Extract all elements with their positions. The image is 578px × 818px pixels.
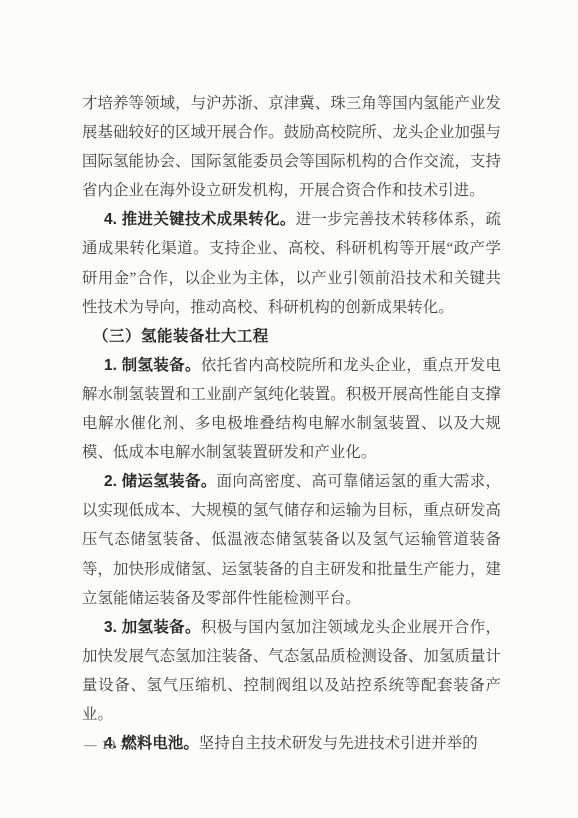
paragraph-tech-transfer: 4. 推进关键技术成果转化。进一步完善技术转移体系，疏通成果转化渠道。支持企业、… xyxy=(82,205,501,321)
paragraph-storage-transport-equipment: 2. 储运氢装备。面向高密度、高可靠储运氢的重大需求，以实现低成本、大规模的氢气… xyxy=(82,467,501,612)
paragraph-text: 才培养等领域，与沪苏浙、京津冀、珠三角等国内氢能产业发展基础较好的区域开展合作。… xyxy=(82,95,501,199)
page-number: — 10 — xyxy=(84,738,134,753)
paragraph-bold-lead: 3. 加氢装备。 xyxy=(104,619,201,636)
text-block: 才培养等领域，与沪苏浙、京津冀、珠三角等国内氢能产业发展基础较好的区域开展合作。… xyxy=(82,89,501,758)
section-heading-text: （三）氢能装备壮大工程 xyxy=(93,328,269,345)
paragraph-bold-lead: 4. 推进关键技术成果转化。 xyxy=(104,211,296,228)
paragraph-bold-lead: 2. 储运氢装备。 xyxy=(104,473,217,490)
section-heading-equipment-project: （三）氢能装备壮大工程 xyxy=(82,322,501,351)
paragraph-continuation: 才培养等领域，与沪苏浙、京津冀、珠三角等国内氢能产业发展基础较好的区域开展合作。… xyxy=(82,89,501,205)
paragraph-bold-lead: 1. 制氢装备。 xyxy=(104,357,201,374)
paragraph-fuel-cell: 4. 燃料电池。坚持自主技术研发与先进技术引进并举的 xyxy=(82,729,501,758)
paragraph-text: 坚持自主技术研发与先进技术引进并举的 xyxy=(199,735,478,752)
paragraph-text: 面向高密度、高可靠储运氢的重大需求，以实现低成本、大规模的氢气储存和运输为目标，… xyxy=(82,473,501,606)
paragraph-refueling-equipment: 3. 加氢装备。积极与国内氢加注领域龙头企业展开合作，加快发展气态氢加注装备、气… xyxy=(82,613,501,729)
paragraph-hydrogen-production-equipment: 1. 制氢装备。依托省内高校院所和龙头企业，重点开发电解水制氢装置和工业副产氢纯… xyxy=(82,351,501,467)
document-page: 才培养等领域，与沪苏浙、京津冀、珠三角等国内氢能产业发展基础较好的区域开展合作。… xyxy=(0,0,578,818)
